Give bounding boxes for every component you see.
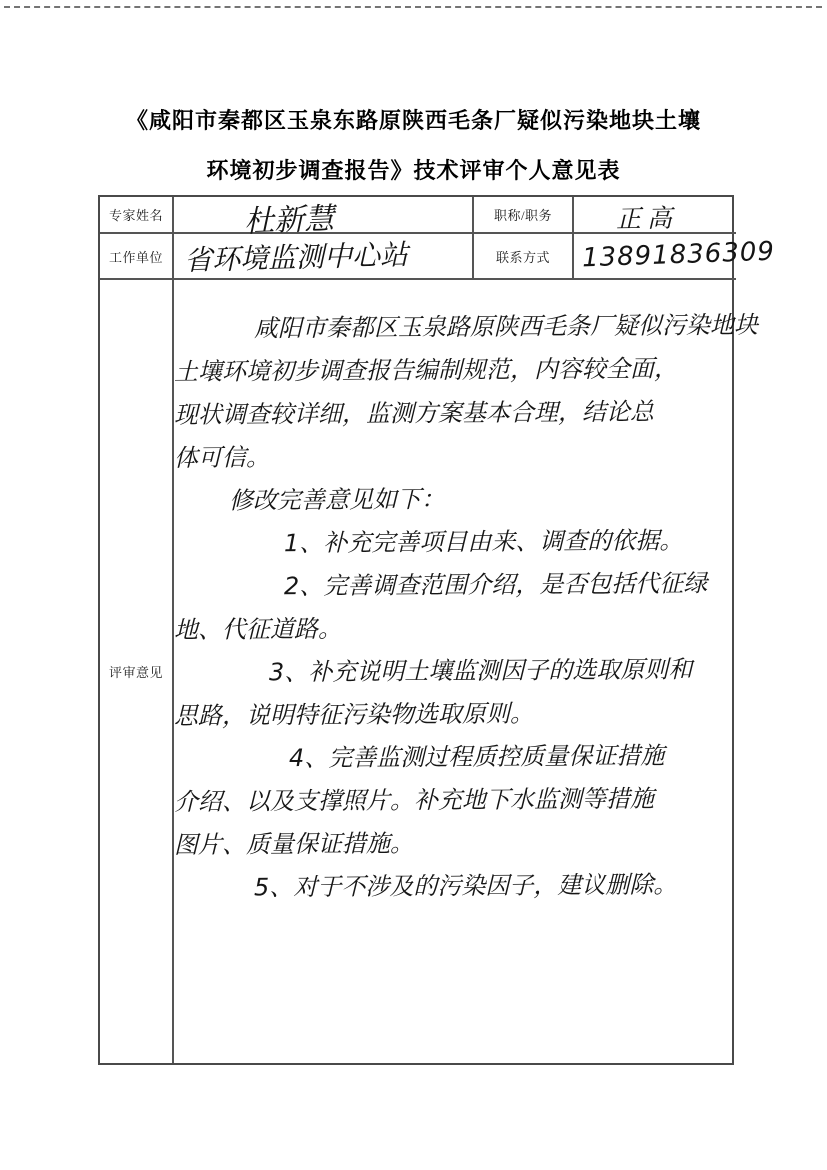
expert-name-label: 专家姓名 xyxy=(100,197,174,234)
opinion-line: 地、代征道路。 xyxy=(174,605,736,652)
opinion-line: 2、完善调查范围介绍，是否包括代征绿 xyxy=(174,562,736,609)
work-unit-cell: 省环境监测中心站 xyxy=(174,234,474,280)
opinion-line: 修改完善意见如下： xyxy=(174,476,736,523)
opinion-line: 1、补充完善项目由来、调查的依据。 xyxy=(174,519,736,566)
opinion-content: 咸阳市秦都区玉泉路原陕西毛条厂疑似污染地块 土壤环境初步调查报告编制规范，内容较… xyxy=(174,280,736,1063)
scan-artifact-line xyxy=(4,6,822,8)
opinion-line: 现状调查较详细，监测方案基本合理，结论总 xyxy=(174,390,736,437)
opinion-line: 图片、质量保证措施。 xyxy=(174,820,736,867)
opinion-line: 咸阳市秦都区玉泉路原陕西毛条厂疑似污染地块 xyxy=(174,304,736,351)
opinion-line: 3、补充说明土壤监测因子的选取原则和 xyxy=(174,648,736,695)
opinion-line: 4、完善监测过程质控质量保证措施 xyxy=(174,734,736,781)
title-position-cell: 正高 xyxy=(574,197,736,234)
opinion-label: 评审意见 xyxy=(100,280,174,1063)
review-form-table: 专家姓名 杜新慧 职称/职务 正高 工作单位 省环境监测中心站 联系方式 138… xyxy=(98,195,734,1065)
document-title-line-1: 《咸阳市秦都区玉泉东路原陕西毛条厂疑似污染地块土壤 xyxy=(0,104,827,135)
work-unit-label: 工作单位 xyxy=(100,234,174,280)
opinion-line: 介绍、以及支撑照片。补充地下水监测等措施 xyxy=(174,777,736,824)
title-position-handwritten-value: 正高 xyxy=(616,198,679,235)
title-position-label: 职称/职务 xyxy=(474,197,574,234)
opinion-line: 土壤环境初步调查报告编制规范，内容较全面， xyxy=(174,347,736,394)
expert-name-cell: 杜新慧 xyxy=(174,197,474,234)
scanned-document-page: 《咸阳市秦都区玉泉东路原陕西毛条厂疑似污染地块土壤 环境初步调查报告》技术评审个… xyxy=(0,0,827,1170)
work-unit-handwritten-value: 省环境监测中心站 xyxy=(184,233,409,279)
opinion-line: 5、对于不涉及的污染因子，建议删除。 xyxy=(174,863,736,910)
contact-handwritten-value: 13891836309 xyxy=(582,237,776,274)
contact-cell: 13891836309 xyxy=(574,234,736,280)
opinion-line: 体可信。 xyxy=(174,433,736,480)
document-title-line-2: 环境初步调查报告》技术评审个人意见表 xyxy=(0,154,827,185)
opinion-line: 思路，说明特征污染物选取原则。 xyxy=(174,691,736,738)
contact-label: 联系方式 xyxy=(474,234,574,280)
